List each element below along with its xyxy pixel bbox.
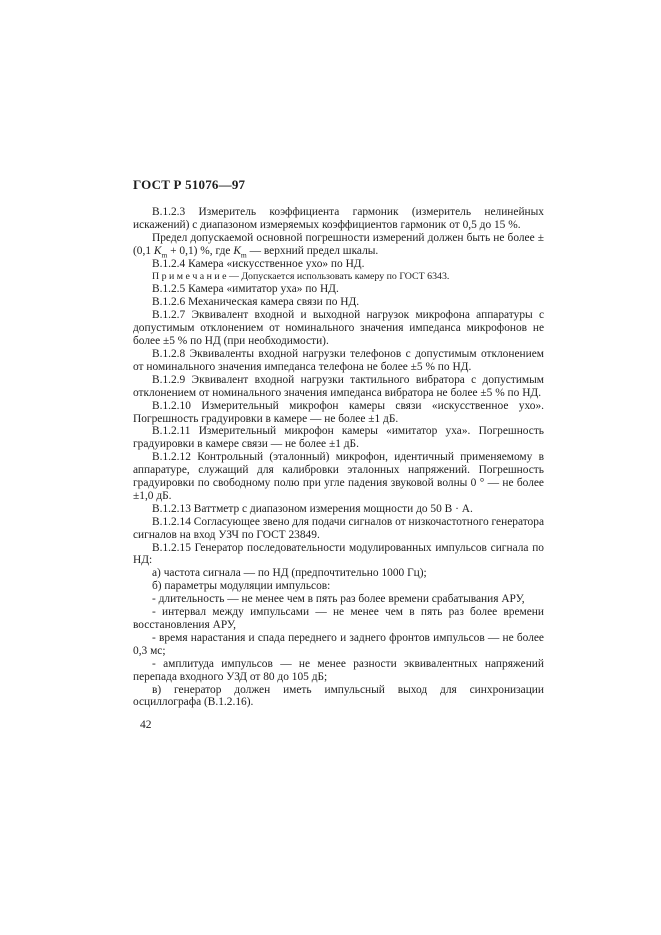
paragraph-b-1-2-14: В.1.2.14 Согласующее звено для подачи си… — [133, 516, 544, 542]
paragraph-b-1-2-7: В.1.2.7 Эквивалент входной и выходной на… — [133, 309, 544, 348]
paragraph-dash-amplitude: - амплитуда импульсов — не менее разност… — [133, 658, 544, 684]
paragraph-b-1-2-10: В.1.2.10 Измерительный микрофон камеры с… — [133, 400, 544, 426]
paragraph-error-limit: Предел допускаемой основной погрешности … — [133, 232, 544, 258]
document-page: ГОСТ Р 51076—97 В.1.2.3 Измеритель коэфф… — [0, 0, 661, 935]
document-header: ГОСТ Р 51076—97 — [133, 177, 544, 193]
paragraph-b-1-2-12: В.1.2.12 Контрольный (эталонный) микрофо… — [133, 451, 544, 503]
paragraph-dash-interval: - интервал между импульсами — не менее ч… — [133, 606, 544, 632]
paragraph-b-1-2-11: В.1.2.11 Измерительный микрофон камеры «… — [133, 425, 544, 451]
paragraph-item-a: а) частота сигнала — по НД (предпочтител… — [133, 567, 544, 580]
text-block: ГОСТ Р 51076—97 В.1.2.3 Измеритель коэфф… — [133, 177, 544, 709]
paragraph-note: П р и м е ч а н и е — Допускается исполь… — [133, 271, 544, 284]
formula-text-after: — верхний предел шкалы. — [247, 245, 379, 257]
formula-k2-symbol: К — [233, 245, 241, 257]
formula-text-mid: + 0,1) %, где — [167, 245, 233, 257]
paragraph-b-1-2-9: В.1.2.9 Эквивалент входной нагрузки такт… — [133, 374, 544, 400]
paragraph-b-1-2-5: В.1.2.5 Камера «имитатор уха» по НД. — [133, 283, 544, 296]
paragraph-b-1-2-15: В.1.2.15 Генератор последовательности мо… — [133, 542, 544, 568]
paragraph-item-v: в) генератор должен иметь импульсный вых… — [133, 684, 544, 710]
paragraph-b-1-2-4: В.1.2.4 Камера «искусственное ухо» по НД… — [133, 258, 544, 271]
page-number: 42 — [140, 719, 152, 731]
paragraph-b-1-2-13: В.1.2.13 Ваттметр с диапазоном измерения… — [133, 503, 544, 516]
paragraph-b-1-2-8: В.1.2.8 Эквиваленты входной нагрузки тел… — [133, 348, 544, 374]
paragraph-dash-rise-fall: - время нарастания и спада переднего и з… — [133, 632, 544, 658]
paragraph-dash-duration: - длительность — не менее чем в пять раз… — [133, 593, 544, 606]
paragraph-item-b: б) параметры модуляции импульсов: — [133, 580, 544, 593]
paragraph-b-1-2-3: В.1.2.3 Измеритель коэффициента гармоник… — [133, 206, 544, 232]
paragraph-b-1-2-6: В.1.2.6 Механическая камера связи по НД. — [133, 296, 544, 309]
